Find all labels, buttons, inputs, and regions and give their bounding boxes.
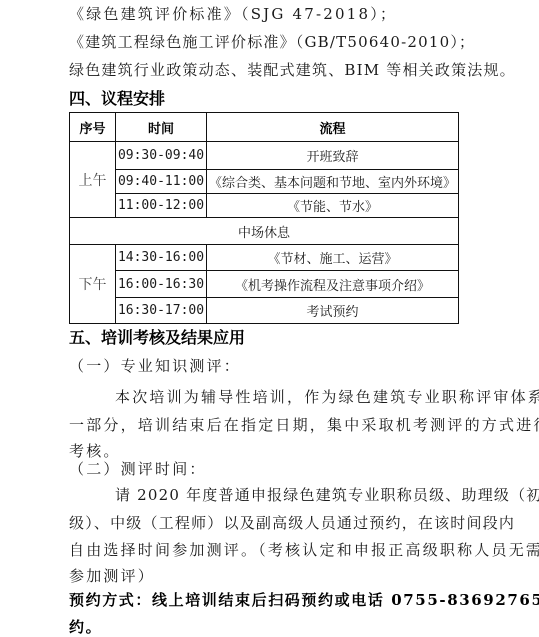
paragraph-line: 级）、中级（工程师）以及副高级人员通过预约，在该时间段内: [69, 513, 479, 533]
agenda-table: 序号 时间 流程 上午 09:30-09:40 开班致辞 09:40-11:00…: [69, 112, 459, 324]
process-cell: 《节能、节水》: [207, 194, 459, 218]
time-cell: 16:00-16:30: [116, 271, 207, 298]
process-cell: 《综合类、基本问题和节地、室内外环境》: [207, 170, 459, 194]
process-cell: 开班致辞: [207, 142, 459, 170]
time-cell: 16:30-17:00: [116, 298, 207, 324]
section-heading-assessment: 五、培训考核及结果应用: [69, 328, 245, 348]
reference-standard-2: 《建筑工程绿色施工评价标准》（GB/T50640-2010）；: [69, 32, 479, 52]
paragraph-line: 请 2020 年度普通申报绿色建筑专业职称员级、助理级（初: [69, 485, 525, 505]
header-time: 时间: [116, 113, 207, 142]
table-row-break: 中场休息: [70, 218, 459, 245]
period-morning: 上午: [70, 142, 116, 218]
time-cell: 09:40-11:00: [116, 170, 207, 194]
process-cell: 《机考操作流程及注意事项介绍》: [207, 271, 459, 298]
period-afternoon: 下午: [70, 245, 116, 324]
reference-policy: 绿色建筑行业政策动态、装配式建筑、BIM 等相关政策法规。: [69, 60, 479, 80]
table-header-row: 序号 时间 流程: [70, 113, 459, 142]
paragraph-line: 本次培训为辅导性培训，作为绿色建筑专业职称评审体系的: [69, 387, 525, 407]
table-row: 11:00-12:00 《节能、节水》: [70, 194, 459, 218]
header-process: 流程: [207, 113, 459, 142]
paragraph-line: 参加测评）: [69, 566, 479, 586]
subsection-title-time: （二）测评时间：: [69, 459, 479, 479]
reference-standard-1: 《绿色建筑评价标准》（SJG 47-2018）；: [69, 4, 479, 24]
time-cell: 09:30-09:40: [116, 142, 207, 170]
section-heading-agenda: 四、议程安排: [69, 89, 165, 109]
paragraph-line: 自由选择时间参加测评。（考核认定和申报正高级职称人员无需: [69, 540, 479, 560]
booking-method: 预约方式：线上培训结束后扫码预约或电话 0755-83692765 预: [69, 590, 479, 610]
table-row: 09:40-11:00 《综合类、基本问题和节地、室内外环境》: [70, 170, 459, 194]
process-cell: 《节材、施工、运营》: [207, 245, 459, 271]
table-row: 上午 09:30-09:40 开班致辞: [70, 142, 459, 170]
time-cell: 14:30-16:00: [116, 245, 207, 271]
process-cell: 考试预约: [207, 298, 459, 324]
table-row: 下午 14:30-16:00 《节材、施工、运营》: [70, 245, 459, 271]
table-row: 16:00-16:30 《机考操作流程及注意事项介绍》: [70, 271, 459, 298]
booking-method-continued: 约。: [69, 617, 479, 637]
paragraph-line: 考核。: [69, 441, 479, 461]
table-row: 16:30-17:00 考试预约: [70, 298, 459, 324]
header-index: 序号: [70, 113, 116, 142]
subsection-title-knowledge: （一）专业知识测评：: [69, 356, 479, 376]
paragraph-line: 一部分，培训结束后在指定日期，集中采取机考测评的方式进行: [69, 415, 479, 435]
time-cell: 11:00-12:00: [116, 194, 207, 218]
break-cell: 中场休息: [70, 218, 459, 245]
